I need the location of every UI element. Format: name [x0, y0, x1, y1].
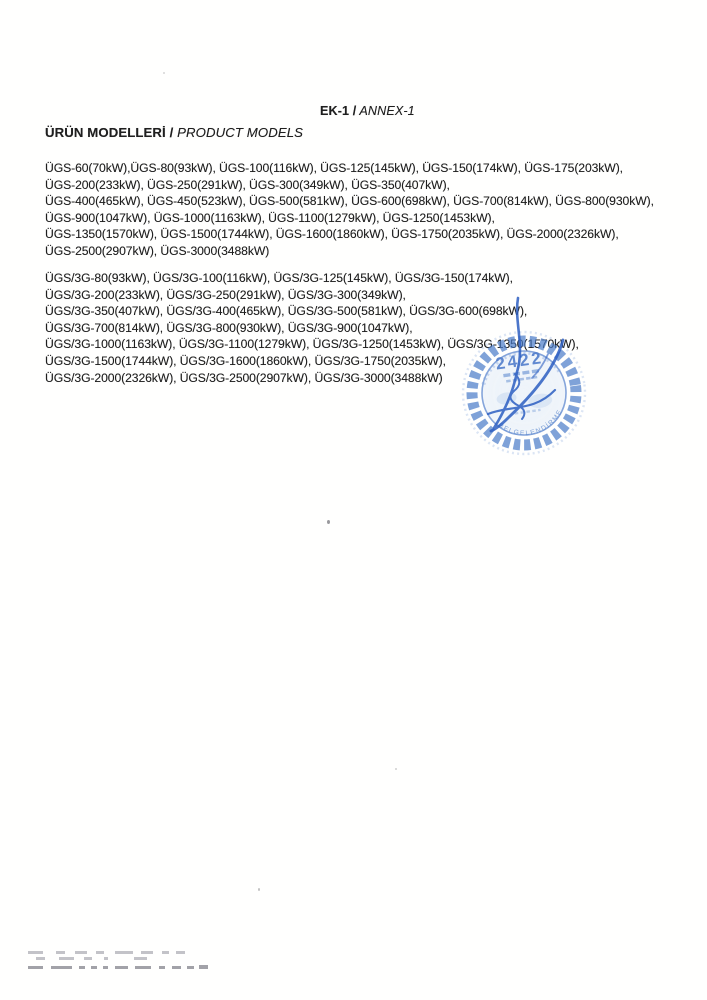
annex-header: EK-1 / ANNEX-1 [320, 104, 415, 118]
stamp-arc-label: BELGELENDİRME [495, 407, 567, 441]
model-list-line: ÜGS-1350(1570kW), ÜGS-1500(1744kW), ÜGS-… [45, 226, 654, 243]
title-english: PRODUCT MODELS [173, 125, 303, 140]
scan-speck [163, 72, 165, 74]
model-list-line: ÜGS/3G-200(233kW), ÜGS/3G-250(291kW), ÜG… [45, 287, 579, 304]
model-list-line: ÜGS-200(233kW), ÜGS-250(291kW), ÜGS-300(… [45, 177, 654, 194]
model-list-line: ÜGS-2500(2907kW), ÜGS-3000(3488kW) [45, 243, 654, 260]
stamp-ink-smudge [496, 391, 517, 406]
model-list-line: ÜGS/3G-80(93kW), ÜGS/3G-100(116kW), ÜGS/… [45, 270, 579, 287]
scan-speck [258, 888, 260, 891]
scanned-document-page: EK-1 / ANNEX-1 ÜRÜN MODELLERİ / PRODUCT … [0, 0, 707, 1000]
ugs-model-list: ÜGS-60(70kW),ÜGS-80(93kW), ÜGS-100(116kW… [45, 160, 654, 260]
faded-artifact-row [28, 957, 208, 960]
model-list-line: ÜGS-60(70kW),ÜGS-80(93kW), ÜGS-100(116kW… [45, 160, 654, 177]
ugs3g-model-list: ÜGS/3G-80(93kW), ÜGS/3G-100(116kW), ÜGS/… [45, 270, 579, 386]
model-list-line: ÜGS/3G-700(814kW), ÜGS/3G-800(930kW), ÜG… [45, 320, 579, 337]
model-list-line: ÜGS/3G-1000(1163kW), ÜGS/3G-1100(1279kW)… [45, 336, 579, 353]
annex-label-turkish: EK-1 / [320, 104, 356, 118]
faded-artifact-row [28, 951, 208, 954]
stamp-dash-row [515, 410, 541, 414]
page-title: ÜRÜN MODELLERİ / PRODUCT MODELS [45, 125, 303, 140]
model-list-line: ÜGS/3G-1500(1744kW), ÜGS/3G-1600(1860kW)… [45, 353, 579, 370]
title-turkish: ÜRÜN MODELLERİ / [45, 125, 173, 140]
stamp-ink-smudge [527, 392, 553, 409]
model-list-line: ÜGS-400(465kW), ÜGS-450(523kW), ÜGS-500(… [45, 193, 654, 210]
scan-speck [395, 768, 397, 770]
faded-print-artifacts [28, 951, 208, 972]
model-list-line: ÜGS-900(1047kW), ÜGS-1000(1163kW), ÜGS-1… [45, 210, 654, 227]
model-list-line: ÜGS/3G-2000(2326kW), ÜGS/3G-2500(2907kW)… [45, 370, 579, 387]
annex-label-english: ANNEX-1 [356, 104, 414, 118]
scan-speck [327, 520, 330, 524]
model-list-line: ÜGS/3G-350(407kW), ÜGS/3G-400(465kW), ÜG… [45, 303, 579, 320]
faded-artifact-row [28, 965, 208, 969]
